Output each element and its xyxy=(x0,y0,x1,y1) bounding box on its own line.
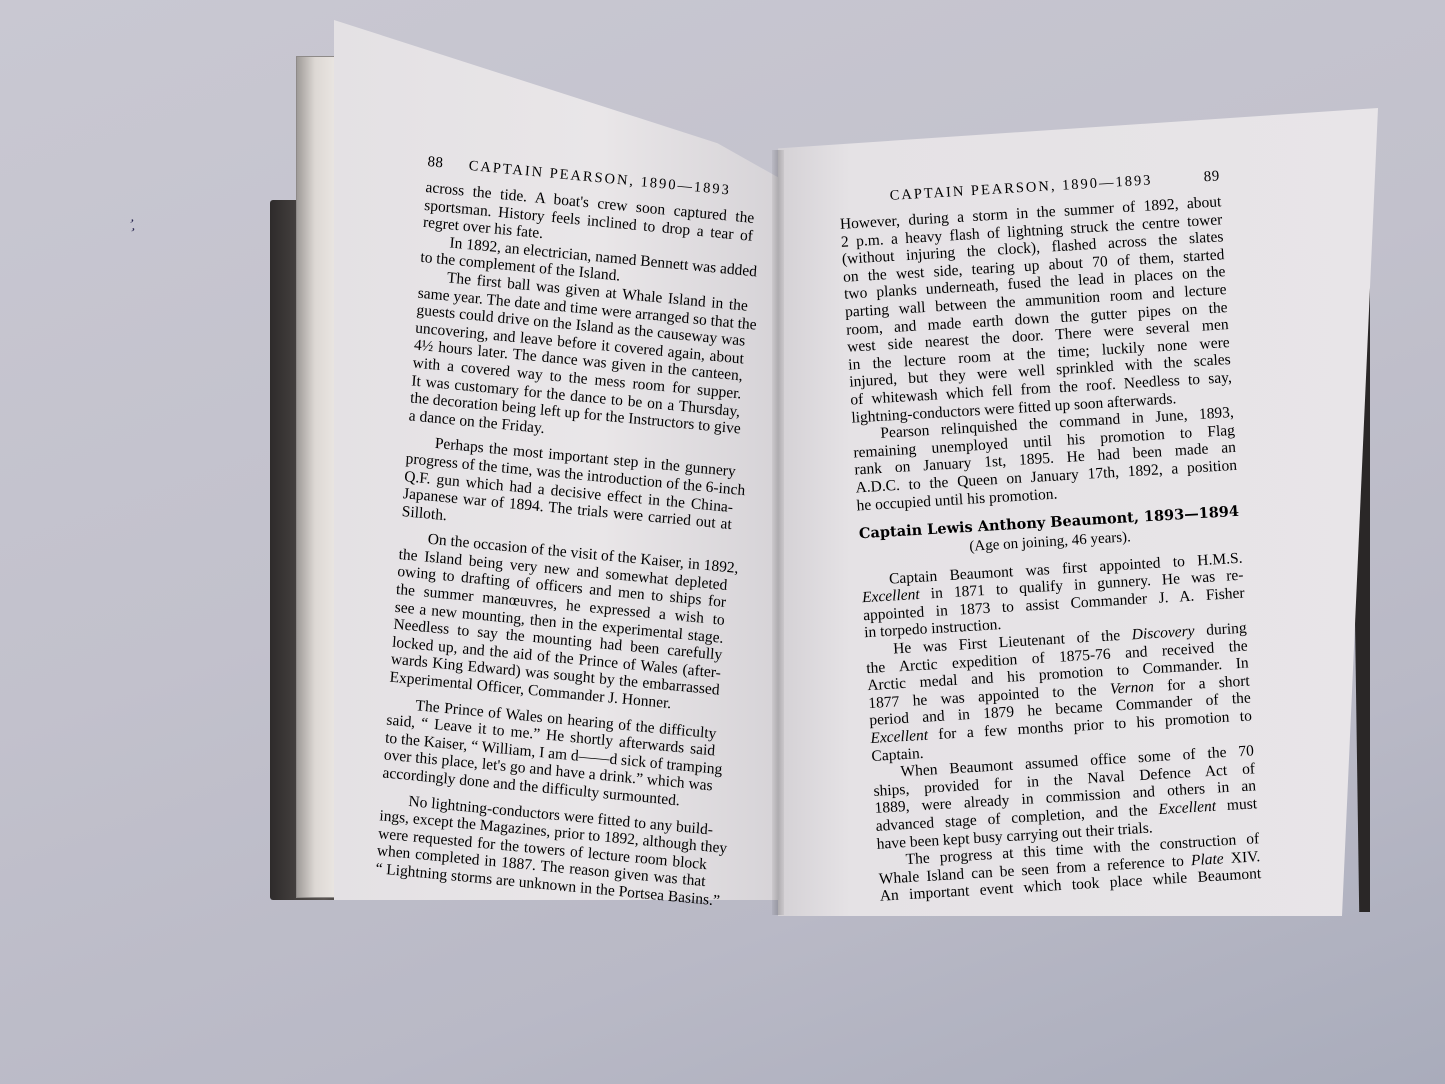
book-gutter xyxy=(772,150,784,915)
page-number-left: 88 xyxy=(427,155,444,171)
surface-ink-mark: ’, xyxy=(126,217,139,235)
left-page-body: across the tide. A boat's crew soon capt… xyxy=(375,180,755,910)
page-number-right: 89 xyxy=(1203,169,1220,185)
right-page-body-bottom: Captain Beaumont was first appointed to … xyxy=(861,550,1262,906)
photo-scene: ’, 88 CAPTAIN PEARSON, 1890—1893 across … xyxy=(0,0,1445,1084)
right-page-body-top: However, during a storm in the summer of… xyxy=(839,194,1238,515)
left-page-text: 88 CAPTAIN PEARSON, 1890—1893 across the… xyxy=(375,155,757,910)
right-page-text: CAPTAIN PEARSON, 1890—1893 89 However, d… xyxy=(838,169,1262,906)
